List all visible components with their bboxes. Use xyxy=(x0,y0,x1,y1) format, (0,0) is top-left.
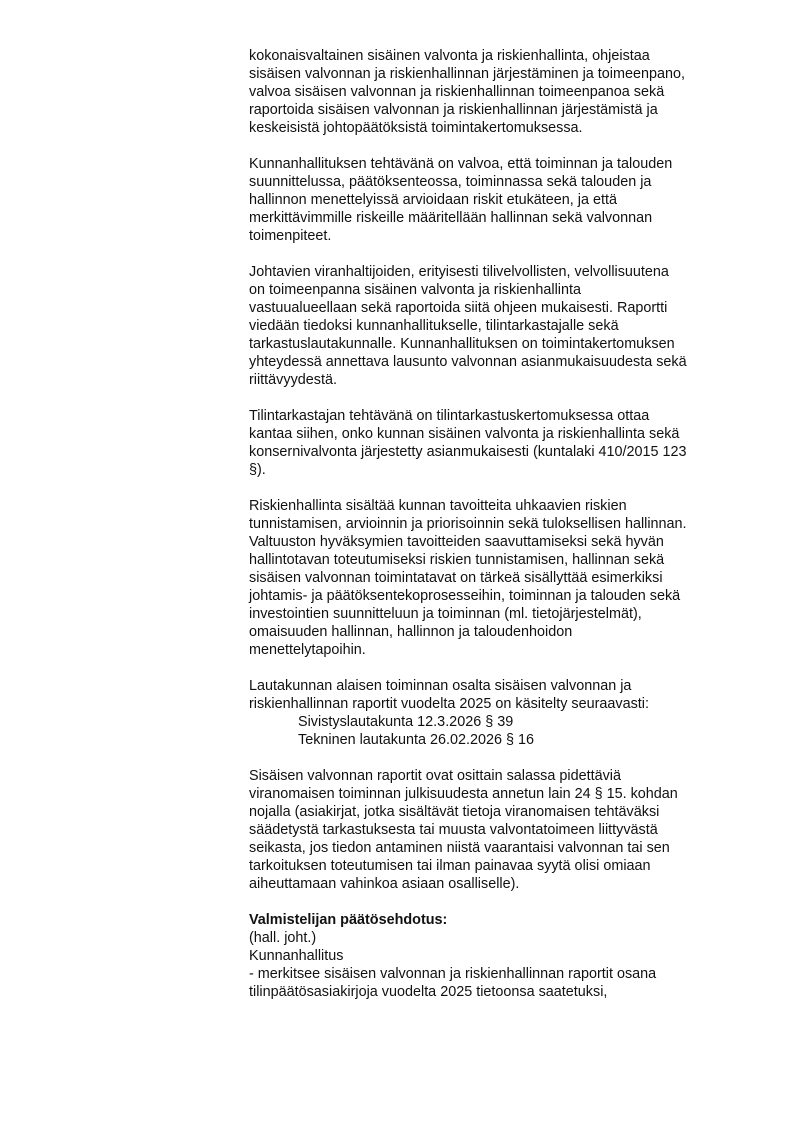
committee-item: Sivistyslautakunta 12.3.2026 § 39 xyxy=(249,713,744,731)
proposal-section: Valmistelijan päätösehdotus: (hall. joht… xyxy=(249,911,744,1001)
proposal-item: - merkitsee sisäisen valvonnan ja riskie… xyxy=(249,965,744,1001)
paragraph-board-duty: Kunnanhallituksen tehtävänä on valvoa, e… xyxy=(249,155,744,245)
proposal-preparer: (hall. joht.) xyxy=(249,929,744,947)
committee-intro: Lautakunnan alaisen toiminnan osalta sis… xyxy=(249,677,744,713)
proposal-body: Kunnanhallitus xyxy=(249,947,744,965)
committee-section: Lautakunnan alaisen toiminnan osalta sis… xyxy=(249,677,744,749)
document-page: kokonaisvaltainen sisäinen valvonta ja r… xyxy=(249,47,744,1001)
paragraph-confidentiality: Sisäisen valvonnan raportit ovat osittai… xyxy=(249,767,744,893)
proposal-heading: Valmistelijan päätösehdotus: xyxy=(249,911,744,929)
paragraph-auditor-duty: Tilintarkastajan tehtävänä on tilintarka… xyxy=(249,407,744,479)
paragraph-officials-duty: Johtavien viranhaltijoiden, erityisesti … xyxy=(249,263,744,389)
committee-item: Tekninen lautakunta 26.02.2026 § 16 xyxy=(249,731,744,749)
paragraph-risk-management: Riskienhallinta sisältää kunnan tavoitte… xyxy=(249,497,744,659)
paragraph-responsibilities: kokonaisvaltainen sisäinen valvonta ja r… xyxy=(249,47,744,137)
